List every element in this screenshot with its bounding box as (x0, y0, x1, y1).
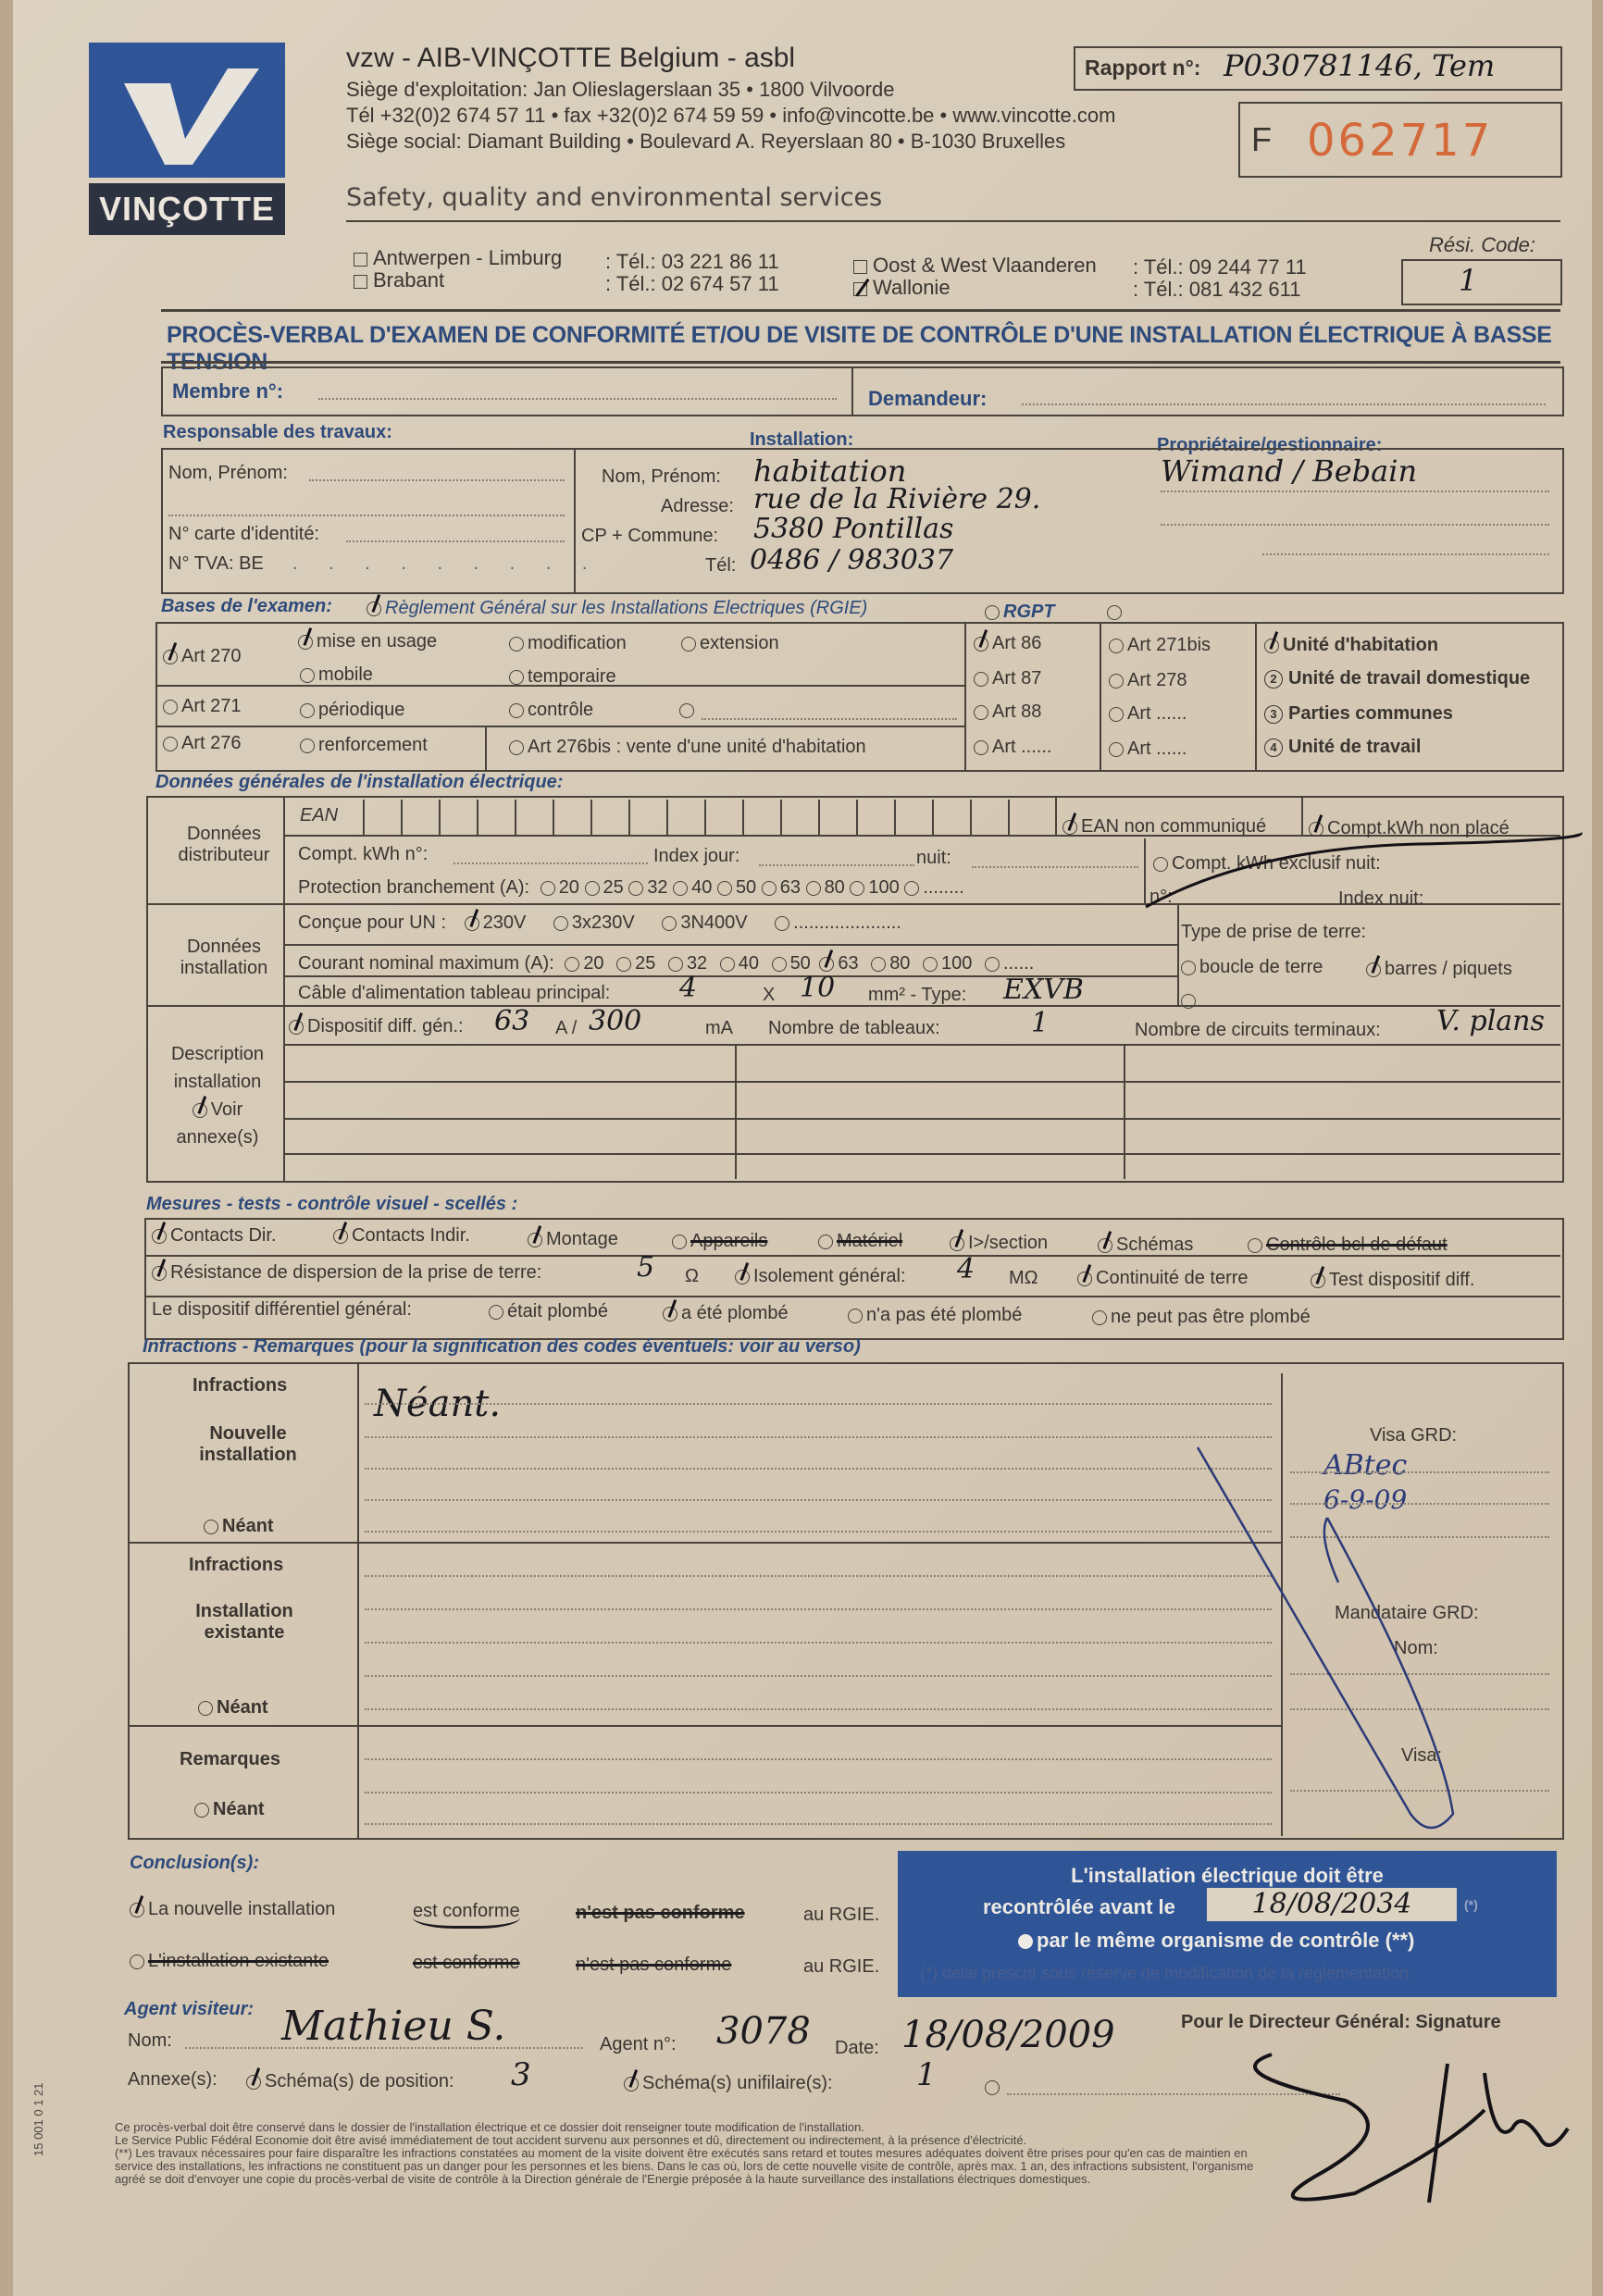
recontrole-line1: L'installation électrique doit être (898, 1864, 1557, 1888)
logo-text: VINÇOTTE (89, 183, 285, 235)
agent-number-label: Agent n°: (600, 2034, 677, 2055)
isolement-value[interactable]: 4 (957, 1253, 975, 1285)
membre-field[interactable] (318, 398, 837, 400)
bases-title: Bases de l'examen: (161, 596, 332, 617)
conclusion-nouvelle-suffix: au RGIE. (803, 1905, 879, 1926)
plomb-etait[interactable]: était plombé (489, 1301, 608, 1322)
existante-neant-option[interactable]: Néant (198, 1697, 268, 1719)
unite-habitation-option[interactable]: Unité d'habitation (1264, 635, 1438, 656)
proprietaire-nom-value[interactable]: Wimand / Bebain (1161, 453, 1417, 489)
boucle-terre-option[interactable]: boucle de terre (1181, 957, 1323, 978)
exploitation-address: Siège d'exploitation: Jan Olieslagerslaa… (346, 78, 894, 102)
responsable-nom-field-2[interactable] (168, 515, 565, 516)
checkbox[interactable] (354, 253, 367, 267)
infractions-title: Infractions - Remarques (pour la signifi… (143, 1336, 861, 1358)
region-antwerpen-tel: : Tél.: 03 221 86 11 (605, 250, 779, 274)
radio[interactable] (300, 703, 315, 718)
radio[interactable] (509, 740, 524, 755)
distributeur-label: Données distributeur (176, 824, 272, 866)
footer-line: service des installations, les infractio… (115, 2160, 1586, 2173)
footer-line: Le Service Public Fédéral Economie doit … (115, 2134, 1586, 2147)
conclusion-existante-conforme[interactable]: est conforme (413, 1953, 520, 1974)
resistance-dispersion[interactable]: Résistance de dispersion de la prise de … (152, 1262, 541, 1284)
installation-data-label: Données installation (176, 937, 272, 979)
checkbox-checked[interactable] (1311, 1273, 1325, 1288)
checkbox-checked[interactable] (193, 1103, 207, 1118)
remarques-neant-option[interactable]: Néant (194, 1799, 265, 1820)
cable-type[interactable]: EXVB (1003, 974, 1084, 1006)
tel-value[interactable]: 0486 / 983037 (750, 544, 953, 577)
radio[interactable] (974, 705, 988, 720)
art271-option[interactable]: Art 271 (163, 696, 241, 717)
grd-signature-stroke (1188, 1444, 1485, 1842)
membre-demandeur-row (161, 366, 1564, 416)
checkbox-checked[interactable] (298, 635, 313, 650)
prise-terre-label: Type de prise de terre: (1181, 922, 1366, 943)
radio[interactable] (1109, 674, 1124, 689)
radio[interactable] (198, 1701, 213, 1716)
temporaire-option[interactable]: temporaire (509, 666, 616, 688)
mesure-section[interactable]: I>/section (950, 1233, 1048, 1254)
checkbox-checked[interactable] (163, 650, 178, 664)
tableaux-value[interactable]: 1 (1031, 1007, 1049, 1039)
radio[interactable] (974, 672, 988, 687)
footer-legal: Ce procès-verbal doit être conservé dans… (115, 2121, 1586, 2186)
radio[interactable] (679, 703, 694, 718)
carte-identite-field[interactable] (346, 540, 565, 542)
radio[interactable] (720, 957, 735, 972)
cable-unit: mm² - Type: (868, 985, 966, 1006)
art-blank-option-2[interactable]: Art ...... (1109, 703, 1187, 725)
checkbox-checked[interactable] (974, 637, 988, 652)
recontrole-date[interactable]: 18/08/2034 (1207, 1888, 1457, 1921)
nuit-label: nuit: (916, 848, 951, 869)
art87-option[interactable]: Art 87 (974, 668, 1041, 689)
checkbox-checked[interactable] (246, 2075, 261, 2090)
agent-nom-value[interactable]: Mathieu S. (281, 2003, 505, 2050)
radio[interactable] (1092, 1310, 1107, 1325)
unite-travail-option[interactable]: 4Unité de travail (1264, 737, 1421, 758)
bases-other-row-option[interactable] (679, 700, 698, 721)
mesures-title: Mesures - tests - contrôle visuel - scel… (146, 1194, 517, 1215)
conclusion-existante-suffix: au RGIE. (803, 1956, 879, 1978)
mesure-schemas[interactable]: Schémas (1098, 1235, 1193, 1256)
mesure-appareils[interactable]: Appareils (672, 1231, 767, 1252)
cable-x: X (763, 985, 775, 1006)
description-label: Description installation (157, 1040, 278, 1096)
checkbox[interactable] (853, 260, 867, 274)
art-blank-option-1[interactable]: Art ...... (974, 737, 1051, 758)
radio[interactable] (717, 881, 732, 896)
checkbox-checked[interactable] (1098, 1238, 1112, 1253)
rgpt-option[interactable]: RGPT (985, 602, 1055, 623)
responsable-nom-field[interactable] (309, 479, 565, 481)
plomb-label: Le dispositif différentiel général: (152, 1299, 412, 1321)
region-brabant-tel: : Tél.: 02 674 57 11 (605, 272, 779, 296)
directeur-signature-label: Pour le Directeur Général: Signature (1181, 2012, 1501, 2033)
carte-identite-label: N° carte d'identité: (168, 524, 319, 545)
continuite-terre[interactable]: Continuité de terre (1077, 1268, 1249, 1289)
radio[interactable] (985, 2080, 1000, 2095)
plomb-a-ete[interactable]: a été plombé (663, 1303, 789, 1324)
number-3-icon[interactable]: 3 (1264, 705, 1283, 724)
recontrole-asterisk: (*) (1464, 1897, 1478, 1912)
radio-filled[interactable] (1018, 1934, 1033, 1949)
cp-commune-label: CP + Commune: (581, 526, 718, 547)
cable-section[interactable]: 10 (800, 972, 835, 1004)
renforcement-option[interactable]: renforcement (300, 735, 428, 756)
radio[interactable] (772, 957, 787, 972)
installation-nom-label: Nom, Prénom: (602, 466, 721, 488)
art270-option[interactable]: Art 270 (163, 646, 241, 667)
modification-option[interactable]: modification (509, 633, 627, 654)
schema-position-value[interactable]: 3 (511, 2056, 531, 2093)
siege-social: Siège social: Diamant Building • Bouleva… (346, 130, 1065, 154)
recontrole-panel: L'installation électrique doit être reco… (898, 1851, 1557, 1997)
art271bis-option[interactable]: Art 271bis (1109, 635, 1211, 656)
resi-code-box[interactable]: 1 (1401, 259, 1562, 305)
bases-other-option[interactable] (1107, 602, 1125, 623)
region-brabant[interactable]: Brabant (354, 268, 444, 292)
radio[interactable] (1109, 639, 1124, 653)
region-vlaanderen-tel: : Tél.: 09 244 77 11 (1133, 255, 1307, 279)
checkbox-checked[interactable] (465, 916, 479, 931)
checkbox[interactable] (354, 275, 367, 289)
rapport-number: P030781146, Tem (1224, 48, 1495, 83)
adresse-label: Adresse: (661, 496, 734, 517)
circuits-label: Nombre de circuits terminaux: (1135, 1020, 1381, 1041)
voir-annexes-option[interactable]: Voir annexe(s) (157, 1096, 278, 1151)
radio[interactable] (585, 881, 600, 896)
mise-en-usage-option[interactable]: mise en usage (298, 631, 437, 652)
contact-line: Tél +32(0)2 674 57 11 • fax +32(0)2 674 … (346, 104, 1115, 128)
checkbox-checked[interactable] (624, 2077, 639, 2091)
radio[interactable] (489, 1305, 503, 1320)
cp-commune-value[interactable]: 5380 Pontillas (753, 513, 953, 545)
bases-other-field[interactable] (702, 718, 957, 720)
recontrole-footnote: (*) délai prescrit sous réserve de modif… (920, 1964, 1409, 1983)
region-antwerpen[interactable]: Antwerpen - Limburg (354, 246, 562, 270)
proprietaire-commune-field[interactable] (1262, 553, 1549, 555)
vincotte-logo: VINÇOTTE (89, 43, 285, 235)
parties-communes-option[interactable]: 3Parties communes (1264, 703, 1453, 725)
form-prefix: F (1251, 120, 1272, 159)
responsable-title: Responsable des travaux: (163, 422, 392, 443)
index-jour-field[interactable] (759, 864, 914, 866)
mesure-materiel[interactable]: Matériel (818, 1231, 902, 1252)
checkbox-checked[interactable] (367, 602, 381, 616)
agent-title: Agent visiteur: (124, 1999, 254, 2020)
mesure-controle-bcl[interactable]: Contrôle bcl de défaut (1248, 1235, 1448, 1256)
radio[interactable] (985, 957, 1000, 972)
cable-conductors[interactable]: 4 (679, 972, 697, 1004)
checkbox-checked[interactable] (663, 1307, 677, 1322)
infractions-existante-label-2: Installation existante (183, 1601, 305, 1644)
radio[interactable] (300, 738, 315, 753)
radio[interactable] (673, 881, 688, 896)
radio[interactable] (806, 881, 821, 896)
plomb-ne-peut-pas[interactable]: ne peut pas être plombé (1092, 1307, 1311, 1328)
radio[interactable] (509, 670, 524, 685)
dispositif-ma-value[interactable]: 300 (589, 1005, 641, 1037)
tel-label: Tél: (705, 555, 736, 577)
proprietaire-nom-field[interactable] (1161, 490, 1549, 492)
side-form-code: 15 001 0 1 21 (31, 2082, 45, 2156)
nuit-field[interactable] (972, 866, 1138, 868)
ean-input[interactable] (363, 800, 1055, 837)
compt-kwh-field[interactable] (454, 863, 648, 864)
agent-date-label: Date: (835, 2038, 879, 2059)
checkbox-checked[interactable] (152, 1229, 167, 1244)
form-number: 062717 (1307, 115, 1493, 167)
demandeur-label: Demandeur: (868, 387, 987, 411)
periodique-option[interactable]: périodique (300, 700, 404, 721)
schema-unifilaire[interactable]: Schéma(s) unifilaire(s): (624, 2073, 833, 2094)
radio[interactable] (1109, 707, 1124, 722)
concue-pour[interactable]: Conçue pour UN : 230V 3x230V 3N400V ....… (298, 912, 901, 934)
prise-terre-other-option[interactable] (1181, 990, 1199, 1011)
art276bis-option[interactable]: Art 276bis : vente d'une unité d'habitat… (509, 737, 866, 758)
art278-option[interactable]: Art 278 (1109, 670, 1187, 691)
radio[interactable] (163, 700, 178, 714)
tagline: Safety, quality and environmental servic… (346, 183, 882, 212)
radio[interactable] (204, 1520, 218, 1534)
radio[interactable] (871, 957, 886, 972)
checkbox-checked[interactable] (1264, 639, 1279, 653)
nouvelle-neant-option[interactable]: Néant (204, 1516, 274, 1537)
footer-line: Ce procès-verbal doit être conservé dans… (115, 2121, 1586, 2134)
radio[interactable] (974, 740, 988, 755)
footer-line: agréé se doit d'envoyer une copie du pro… (115, 2173, 1586, 2186)
radio[interactable] (818, 1235, 833, 1249)
radio[interactable] (668, 957, 683, 972)
art276-option[interactable]: Art 276 (163, 733, 241, 754)
footer-line: (**) Les travaux nécessaires pour faire … (115, 2147, 1586, 2160)
tableaux-label: Nombre de tableaux: (768, 1018, 940, 1039)
checkbox-checked[interactable] (853, 282, 867, 296)
responsable-nom-label: Nom, Prénom: (168, 463, 288, 484)
dispositif-a-value[interactable]: 63 (494, 1005, 529, 1037)
dispositif-diff[interactable]: Dispositif diff. gén.: (289, 1016, 464, 1037)
conclusion-nouvelle[interactable]: La nouvelle installation (130, 1899, 335, 1920)
resi-code-value: 1 (1459, 263, 1477, 298)
radio[interactable] (672, 1235, 687, 1249)
dispositif-a-unit: A / (555, 1018, 577, 1039)
annexe-other-option[interactable] (985, 2077, 1003, 2098)
radio[interactable] (681, 637, 696, 652)
mobile-option[interactable]: mobile (300, 664, 373, 686)
isolement-general[interactable]: Isolement général: (735, 1266, 906, 1287)
radio[interactable] (616, 957, 631, 972)
radio[interactable] (985, 605, 1000, 620)
checkbox-checked[interactable] (819, 957, 834, 972)
unite-travail-domestique-option[interactable]: 2Unité de travail domestique (1264, 668, 1530, 689)
radio[interactable] (1107, 605, 1122, 620)
index-jour-label: Index jour: (653, 846, 739, 867)
radio[interactable] (848, 1309, 863, 1323)
compt-kwh-label: Compt. kWh n°: (298, 844, 428, 865)
isolement-unit: MΩ (1009, 1268, 1038, 1289)
infractions-existante-label-1: Infractions (189, 1555, 283, 1576)
radio[interactable] (1109, 742, 1124, 757)
radio[interactable] (541, 881, 555, 896)
conclusion-nouvelle-conforme[interactable]: est conforme (413, 1901, 520, 1929)
barres-piquets-option[interactable]: barres / piquets (1366, 959, 1512, 980)
region-wallonie-tel: : Tél.: 081 432 611 (1133, 278, 1300, 302)
plomb-na-pas-ete[interactable]: n'a pas été plombé (848, 1305, 1022, 1326)
tva-label: N° TVA: BE (168, 553, 264, 575)
conclusion-title: Conclusion(s): (130, 1853, 259, 1874)
rgie-option[interactable]: Règlement Général sur les Installations … (367, 598, 867, 619)
dispositif-ma-unit: mA (705, 1018, 733, 1039)
form-page: VINÇOTTE vzw - AIB-VINÇOTTE Belgium - as… (13, 0, 1592, 2296)
radio[interactable] (300, 668, 315, 683)
agent-number-value[interactable]: 3078 (716, 2010, 811, 2053)
recontrole-line2: recontrôlée avant le (983, 1895, 1175, 1919)
test-dispositif-diff[interactable]: Test dispositif diff. (1311, 1270, 1474, 1291)
recontrole-line3-row[interactable]: par le même organisme de contrôle (**) (1018, 1929, 1414, 1953)
ean-label: EAN (300, 805, 338, 826)
radio[interactable] (509, 637, 524, 652)
resi-code-label: Rési. Code: (1429, 233, 1535, 257)
infractions-nouvelle-label-1: Infractions (193, 1375, 287, 1396)
annexes-label: Annexe(s): (128, 2069, 217, 2091)
radio[interactable] (194, 1803, 209, 1818)
remarques-label: Remarques (180, 1749, 280, 1770)
checkbox-checked[interactable] (735, 1270, 750, 1285)
radio[interactable] (923, 957, 938, 972)
cable-alimentation-label: Câble d'alimentation tableau principal: (298, 983, 610, 1004)
number-2-icon[interactable]: 2 (1264, 670, 1283, 689)
demandeur-field[interactable] (1022, 403, 1546, 405)
radio[interactable] (1248, 1238, 1262, 1253)
checkbox-checked[interactable] (130, 1903, 144, 1917)
donnees-title: Données générales de l'installation élec… (155, 772, 563, 793)
region-vlaanderen[interactable]: Oost & West Vlaanderen (853, 254, 1097, 278)
rapport-label: Rapport n°: (1085, 56, 1200, 81)
radio[interactable] (553, 916, 568, 931)
mesure-montage[interactable]: Montage (528, 1229, 618, 1250)
adresse-value[interactable]: rue de la Rivière 29. (753, 483, 1040, 515)
checkbox-checked[interactable] (1062, 820, 1077, 835)
radio[interactable] (850, 881, 864, 896)
radio[interactable] (1181, 994, 1196, 1009)
form-number-box: F 062717 (1238, 102, 1562, 178)
circuits-value[interactable]: V. plans (1436, 1005, 1545, 1037)
mesure-contacts-indir[interactable]: Contacts Indir. (333, 1225, 470, 1247)
membre-label: Membre n°: (172, 379, 283, 403)
resistance-value[interactable]: 5 (637, 1251, 654, 1284)
region-wallonie[interactable]: Wallonie (853, 276, 951, 300)
checkbox-checked[interactable] (152, 1266, 167, 1281)
art-blank-option-3[interactable]: Art ...... (1109, 738, 1187, 760)
radio[interactable] (775, 916, 789, 931)
org-name: vzw - AIB-VINÇOTTE Belgium - asbl (346, 43, 795, 74)
checkbox-checked[interactable] (528, 1233, 542, 1247)
radio[interactable] (904, 881, 919, 896)
radio[interactable] (1181, 961, 1196, 975)
resistance-unit: Ω (685, 1266, 699, 1287)
radio[interactable] (662, 916, 677, 931)
strike-through-stroke (1142, 829, 1586, 912)
rapport-box: Rapport n°: P030781146, Tem (1074, 46, 1562, 91)
checkbox-checked[interactable] (1366, 962, 1381, 977)
art88-option[interactable]: Art 88 (974, 701, 1041, 723)
infractions-nouvelle-label-2: Nouvelle installation (187, 1423, 309, 1466)
conclusion-existante-non-conforme[interactable]: n'est pas conforme (576, 1955, 731, 1976)
proprietaire-adresse-field[interactable] (1161, 524, 1549, 526)
schema-unifilaire-value[interactable]: 1 (916, 2056, 937, 2093)
checkbox-checked[interactable] (1077, 1272, 1092, 1286)
radio[interactable] (509, 703, 524, 718)
checkbox-checked[interactable] (333, 1229, 348, 1244)
conclusion-nouvelle-non-conforme[interactable]: n'est pas conforme (576, 1903, 745, 1924)
courant-nominal[interactable]: Courant nominal maximum (A): 20 25 32 40… (298, 953, 1034, 974)
radio[interactable] (565, 957, 579, 972)
agent-nom-label: Nom: (128, 2030, 172, 2052)
number-4-icon[interactable]: 4 (1264, 738, 1283, 757)
checkbox-checked[interactable] (289, 1020, 304, 1035)
protection-branchement[interactable]: Protection branchement (A): 20 25 32 40 … (298, 877, 964, 899)
conclusion-existante[interactable]: L'installation existante (130, 1951, 329, 1972)
radio[interactable] (762, 881, 777, 896)
checkmark-icon (89, 43, 285, 178)
controle-option[interactable]: contrôle (509, 700, 593, 721)
mesure-contacts-dir[interactable]: Contacts Dir. (152, 1225, 276, 1247)
schema-position[interactable]: Schéma(s) de position: (246, 2071, 454, 2092)
art86-option[interactable]: Art 86 (974, 633, 1041, 654)
tva-field[interactable]: . . . . . . . . . (292, 553, 600, 575)
radio[interactable] (130, 1955, 144, 1969)
radio[interactable] (628, 881, 643, 896)
agent-date-value[interactable]: 18/08/2009 (901, 2014, 1115, 2056)
extension-option[interactable]: extension (681, 633, 779, 654)
checkbox-checked[interactable] (950, 1236, 964, 1251)
radio[interactable] (163, 737, 178, 751)
